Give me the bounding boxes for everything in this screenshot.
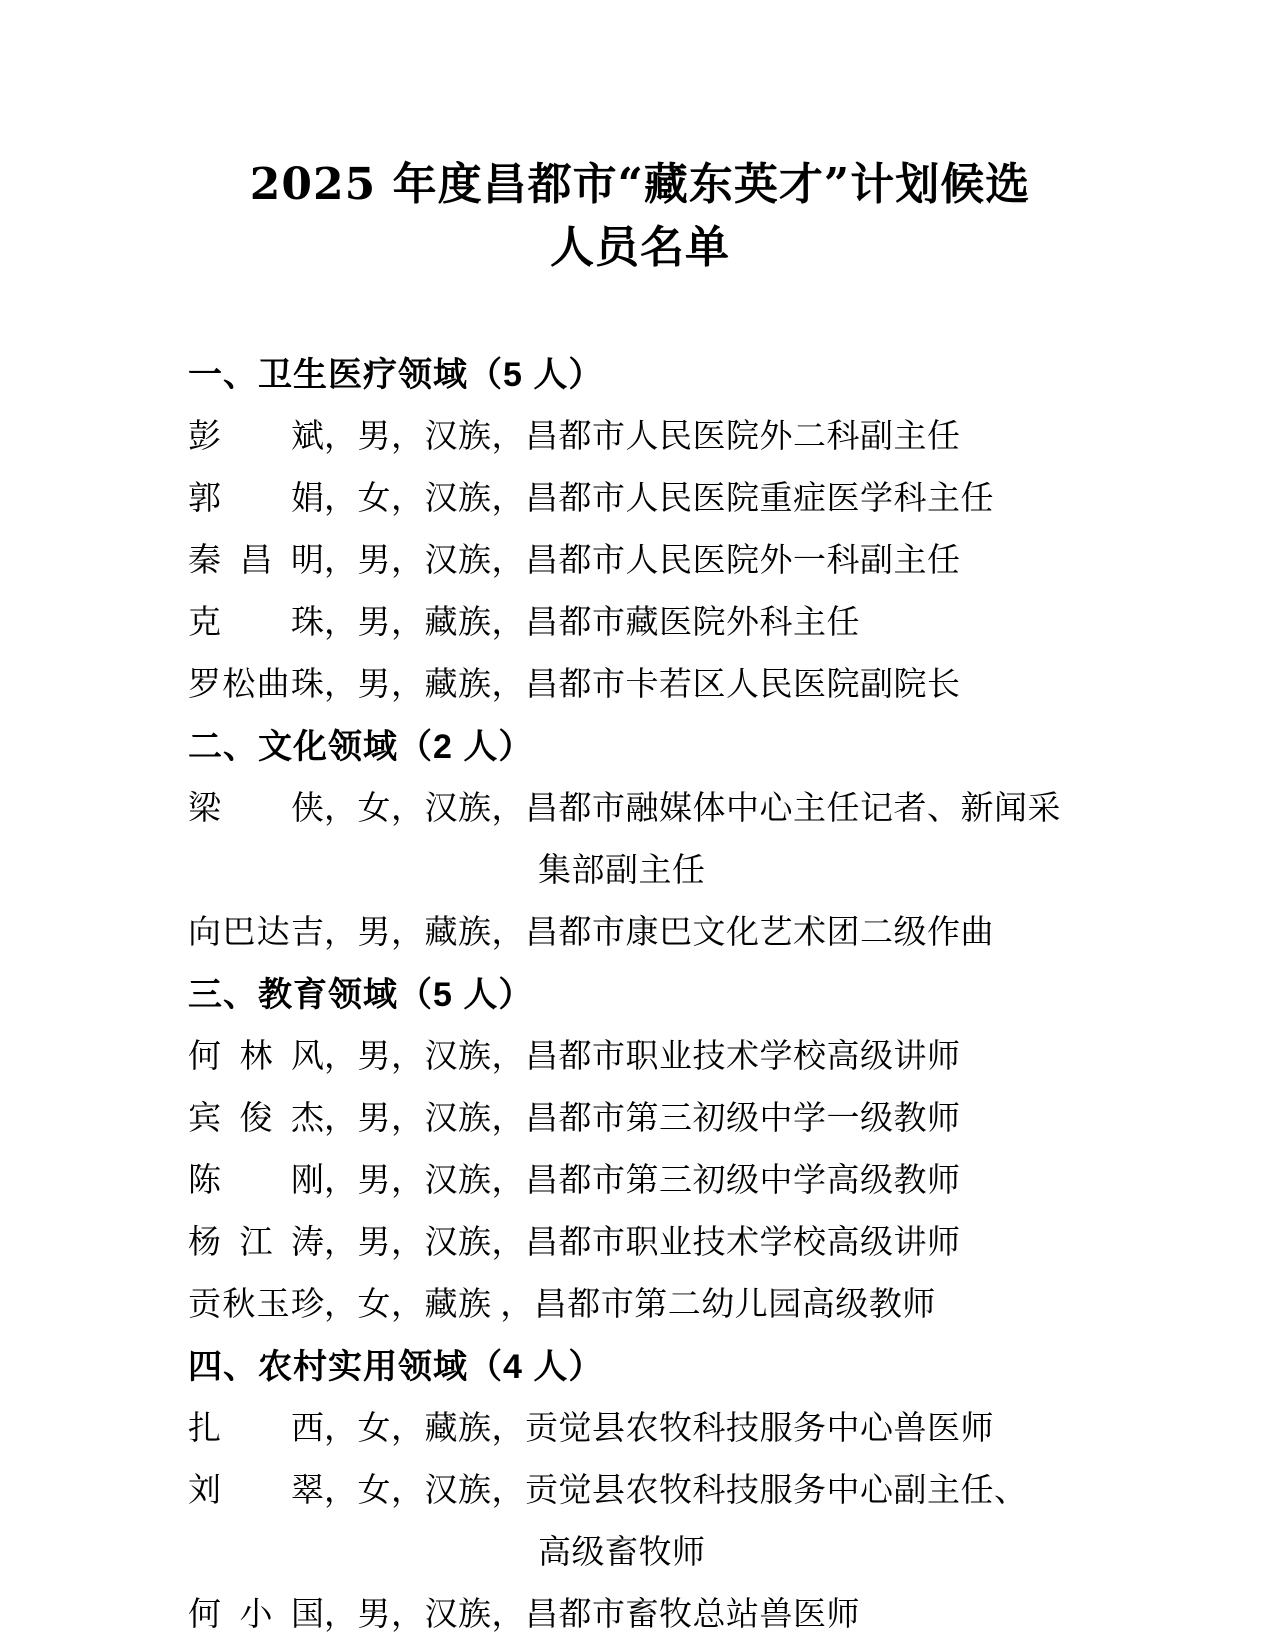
entry-continuation: 高级畜牧师 xyxy=(188,1522,1208,1584)
name-char: 斌 xyxy=(291,406,324,468)
name-char: 翠 xyxy=(291,1460,324,1522)
name-char: 玉 xyxy=(257,1274,290,1336)
name-char: 珠 xyxy=(291,654,324,716)
entry-name: 秦昌明 xyxy=(188,530,324,592)
name-char: 松 xyxy=(222,654,255,716)
entry-line: 扎西，女，藏族，贡觉县农牧科技服务中心兽医师 xyxy=(188,1398,1208,1460)
entry-details: ，男，汉族，昌都市第三初级中学一级教师 xyxy=(324,1101,961,1137)
entry-line: 罗松曲珠，男，藏族，昌都市卡若区人民医院副院长 xyxy=(188,654,1208,716)
entry-details: ，男，藏族，昌都市藏医院外科主任 xyxy=(324,605,860,641)
entry-continuation: 集部副主任 xyxy=(188,840,1208,902)
name-char: 昌 xyxy=(240,530,273,592)
entry-line: 彭斌，男，汉族，昌都市人民医院外二科副主任 xyxy=(188,406,1208,468)
name-char: 珍 xyxy=(291,1274,324,1336)
name-char: 侠 xyxy=(291,778,324,840)
entry-line: 何林风，男，汉族，昌都市职业技术学校高级讲师 xyxy=(188,1026,1208,1088)
entry-line: 刘翠，女，汉族，贡觉县农牧科技服务中心副主任、 xyxy=(188,1460,1208,1522)
entry-line: 何小国，男，汉族，昌都市畜牧总站兽医师 xyxy=(188,1584,1208,1641)
name-char: 宾 xyxy=(188,1088,221,1150)
entry-details: ，男，藏族，昌都市康巴文化艺术团二级作曲 xyxy=(324,915,994,951)
entry-name: 克珠 xyxy=(188,592,324,654)
name-char: 向 xyxy=(188,902,221,964)
entry-line: 郭娟，女，汉族，昌都市人民医院重症医学科主任 xyxy=(188,468,1208,530)
name-char: 江 xyxy=(240,1212,273,1274)
entry-details: ，女，藏族，贡觉县农牧科技服务中心兽医师 xyxy=(324,1411,994,1447)
name-char: 郭 xyxy=(188,468,221,530)
entry-name: 扎西 xyxy=(188,1398,324,1460)
entry-line: 陈刚，男，汉族，昌都市第三初级中学高级教师 xyxy=(188,1150,1208,1212)
title-line-1: 2025 年度昌都市“藏东英才”计划候选 xyxy=(0,153,1280,216)
entry-details: ，女，藏族 ，昌都市第二幼儿园高级教师 xyxy=(324,1287,936,1323)
entry-line: 宾俊杰，男，汉族，昌都市第三初级中学一级教师 xyxy=(188,1088,1208,1150)
entry-line: 克珠，男，藏族，昌都市藏医院外科主任 xyxy=(188,592,1208,654)
name-char: 克 xyxy=(188,592,221,654)
entry-name: 杨江涛 xyxy=(188,1212,324,1274)
entry-details: ，女，汉族，昌都市人民医院重症医学科主任 xyxy=(324,481,994,517)
entry-line: 向巴达吉，男，藏族，昌都市康巴文化艺术团二级作曲 xyxy=(188,902,1208,964)
entry-name: 郭娟 xyxy=(188,468,324,530)
name-char: 陈 xyxy=(188,1150,221,1212)
name-char: 刚 xyxy=(291,1150,324,1212)
entry-details: ，男，藏族，昌都市卡若区人民医院副院长 xyxy=(324,667,961,703)
entry-name: 梁侠 xyxy=(188,778,324,840)
section-heading: 四、农村实用领域（4 人） xyxy=(188,1336,1208,1398)
name-char: 秋 xyxy=(222,1274,255,1336)
name-char: 罗 xyxy=(188,654,221,716)
name-char: 吉 xyxy=(291,902,324,964)
name-char: 彭 xyxy=(188,406,221,468)
document-body: 一、卫生医疗领域（5 人）彭斌，男，汉族，昌都市人民医院外二科副主任郭娟，女，汉… xyxy=(188,344,1208,1641)
entry-line: 杨江涛，男，汉族，昌都市职业技术学校高级讲师 xyxy=(188,1212,1208,1274)
entry-details: ，男，汉族，昌都市职业技术学校高级讲师 xyxy=(324,1225,961,1261)
name-char: 珠 xyxy=(291,592,324,654)
name-char: 达 xyxy=(257,902,290,964)
name-char: 风 xyxy=(291,1026,324,1088)
name-char: 俊 xyxy=(240,1088,273,1150)
name-char: 西 xyxy=(291,1398,324,1460)
entry-details: ，女，汉族，贡觉县农牧科技服务中心副主任、 xyxy=(324,1473,1028,1509)
entry-name: 刘翠 xyxy=(188,1460,324,1522)
name-char: 秦 xyxy=(188,530,221,592)
name-char: 国 xyxy=(291,1584,324,1641)
entry-details: ，男，汉族，昌都市第三初级中学高级教师 xyxy=(324,1163,961,1199)
entry-line: 秦昌明，男，汉族，昌都市人民医院外一科副主任 xyxy=(188,530,1208,592)
section-heading: 二、文化领域（2 人） xyxy=(188,716,1208,778)
name-char: 刘 xyxy=(188,1460,221,1522)
entry-name: 向巴达吉 xyxy=(188,902,324,964)
entry-name: 陈刚 xyxy=(188,1150,324,1212)
entry-details: ，男，汉族，昌都市人民医院外一科副主任 xyxy=(324,543,961,579)
entry-line: 贡秋玉珍，女，藏族 ，昌都市第二幼儿园高级教师 xyxy=(188,1274,1208,1336)
entry-details: ，男，汉族，昌都市人民医院外二科副主任 xyxy=(324,419,961,455)
name-char: 贡 xyxy=(188,1274,221,1336)
entry-name: 贡秋玉珍 xyxy=(188,1274,324,1336)
name-char: 杨 xyxy=(188,1212,221,1274)
document-page: 2025 年度昌都市“藏东英才”计划候选 人员名单 一、卫生医疗领域（5 人）彭… xyxy=(0,0,1280,1641)
name-char: 娟 xyxy=(291,468,324,530)
entry-name: 罗松曲珠 xyxy=(188,654,324,716)
name-char: 巴 xyxy=(222,902,255,964)
name-char: 林 xyxy=(240,1026,273,1088)
name-char: 小 xyxy=(240,1584,273,1641)
name-char: 杰 xyxy=(291,1088,324,1150)
section-heading: 一、卫生医疗领域（5 人） xyxy=(188,344,1208,406)
name-char: 扎 xyxy=(188,1398,221,1460)
name-char: 何 xyxy=(188,1026,221,1088)
document-title: 2025 年度昌都市“藏东英才”计划候选 人员名单 xyxy=(0,0,1280,279)
title-line-2: 人员名单 xyxy=(0,216,1280,279)
entry-details: ，女，汉族，昌都市融媒体中心主任记者、新闻采 xyxy=(324,791,1061,827)
name-char: 何 xyxy=(188,1584,221,1641)
entry-details: ，男，汉族，昌都市职业技术学校高级讲师 xyxy=(324,1039,961,1075)
entry-name: 彭斌 xyxy=(188,406,324,468)
section-heading: 三、教育领域（5 人） xyxy=(188,964,1208,1026)
entry-line: 梁侠，女，汉族，昌都市融媒体中心主任记者、新闻采 xyxy=(188,778,1208,840)
entry-name: 宾俊杰 xyxy=(188,1088,324,1150)
name-char: 梁 xyxy=(188,778,221,840)
name-char: 涛 xyxy=(291,1212,324,1274)
name-char: 明 xyxy=(291,530,324,592)
entry-details: ，男，汉族，昌都市畜牧总站兽医师 xyxy=(324,1597,860,1633)
entry-name: 何小国 xyxy=(188,1584,324,1641)
entry-name: 何林风 xyxy=(188,1026,324,1088)
name-char: 曲 xyxy=(257,654,290,716)
